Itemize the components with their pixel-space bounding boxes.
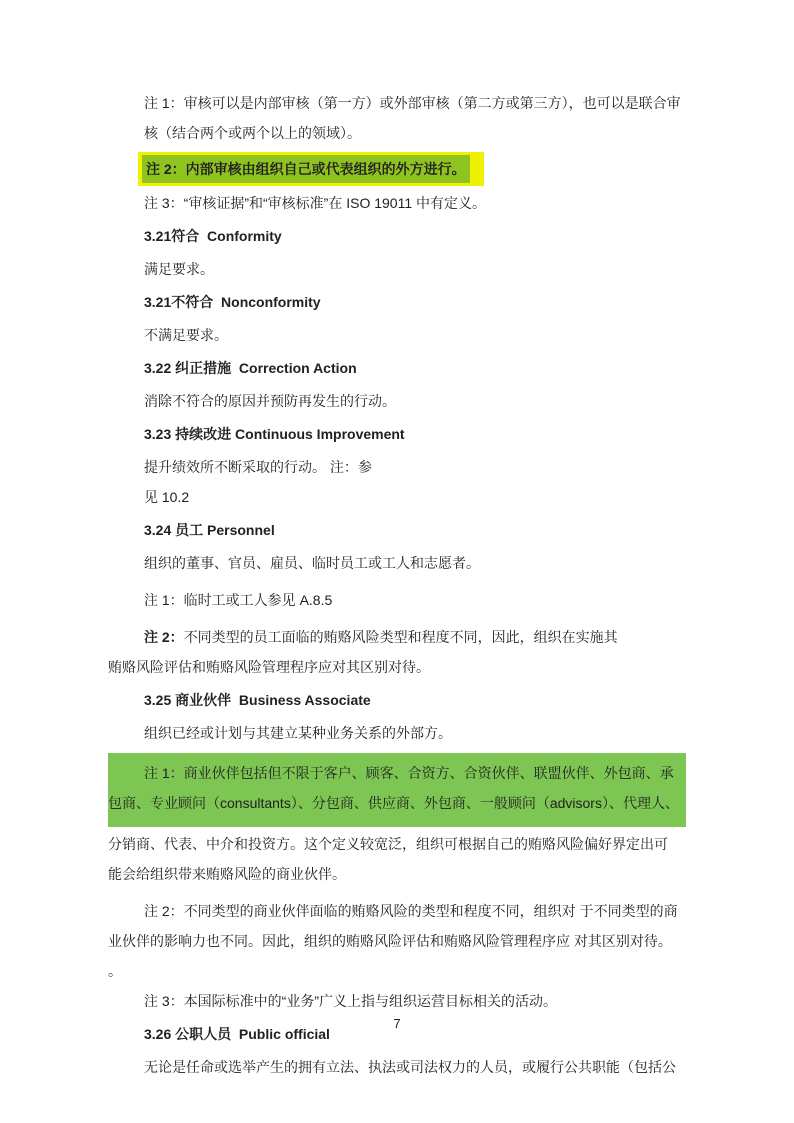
green-highlight-note-1-block: 注 1：商业伙伴包括但不限于客户、顾客、合资方、合资伙伴、联盟伙伴、外包商、承 … xyxy=(108,753,686,827)
page-number: 7 xyxy=(0,1016,794,1031)
term-3-25-heading: 3.25 商业伙伴 Business Associate xyxy=(108,685,686,715)
term-3-21-conformity-heading: 3.21符合 Conformity xyxy=(108,221,686,251)
document-page: 注 1：审核可以是内部审核（第一方）或外部审核（第二方或第三方），也可以是联合审… xyxy=(0,0,794,1123)
term-3-21-nonconformity-heading: 3.21不符合 Nonconformity xyxy=(108,287,686,317)
yellow-highlight: 注 2：内部审核由组织自己或代表组织的外方进行。 xyxy=(138,152,484,186)
term-3-22-heading: 3.22 纠正措施 Correction Action xyxy=(108,353,686,383)
page-content: 注 1：审核可以是内部审核（第一方）或外部审核（第二方或第三方），也可以是联合审… xyxy=(108,88,686,1082)
audit-note-1: 注 1：审核可以是内部审核（第一方）或外部审核（第二方或第三方），也可以是联合审… xyxy=(108,88,686,148)
term-3-24-body: 组织的董事、官员、雇员、临时员工或工人和志愿者。 xyxy=(108,548,686,578)
term-3-24-heading: 3.24 员工 Personnel xyxy=(108,515,686,545)
term-3-21-nonconformity-body: 不满足要求。 xyxy=(108,320,686,350)
green-highlight-note-2: 注 2：内部审核由组织自己或代表组织的外方进行。 xyxy=(142,155,470,183)
term-3-24-note-2-label: 注 2： xyxy=(144,629,184,645)
term-3-24-note-1: 注 1：临时工或工人参见 A.8.5 xyxy=(108,585,686,615)
term-3-24-note-2-text: 不同类型的员工面临的贿赂风险类型和程度不同，因此，组织在实施其 贿赂风险评估和贿… xyxy=(108,629,618,675)
term-3-25-note-3: 注 3：本国际标准中的“业务”广义上指与组织运营目标相关的活动。 xyxy=(108,986,686,1016)
term-3-25-note-2: 注 2：不同类型的商业伙伴面临的贿赂风险的类型和程度不同，组织对 于不同类型的商… xyxy=(108,896,686,956)
term-3-23-body: 提升绩效所不断采取的行动。 注：参 见 10.2 xyxy=(108,452,686,512)
term-3-26-body: 无论是任命或选举产生的拥有立法、执法或司法权力的人员，或履行公共职能（包括公 xyxy=(108,1052,686,1082)
audit-note-3: 注 3：“审核证据”和“审核标准”在 ISO 19011 中有定义。 xyxy=(108,188,686,218)
term-3-23-heading: 3.23 持续改进 Continuous Improvement xyxy=(108,419,686,449)
term-3-21-conformity-body: 满足要求。 xyxy=(108,254,686,284)
term-3-25-stray-period: 。 xyxy=(108,956,686,986)
audit-note-2-highlight-row: 注 2：内部审核由组织自己或代表组织的外方进行。 xyxy=(108,152,686,186)
term-3-25-note-1-continuation: 分销商、代表、中介和投资方。这个定义较宽泛，组织可根据自己的贿赂风险偏好界定出可… xyxy=(108,829,686,889)
term-3-24-note-2: 注 2：不同类型的员工面临的贿赂风险类型和程度不同，因此，组织在实施其 贿赂风险… xyxy=(108,622,686,682)
term-3-25-body: 组织已经或计划与其建立某种业务关系的外部方。 xyxy=(108,718,686,748)
term-3-22-body: 消除不符合的原因并预防再发生的行动。 xyxy=(108,386,686,416)
term-3-25-note-1-highlighted: 注 1：商业伙伴包括但不限于客户、顾客、合资方、合资伙伴、联盟伙伴、外包商、承 … xyxy=(108,758,686,818)
